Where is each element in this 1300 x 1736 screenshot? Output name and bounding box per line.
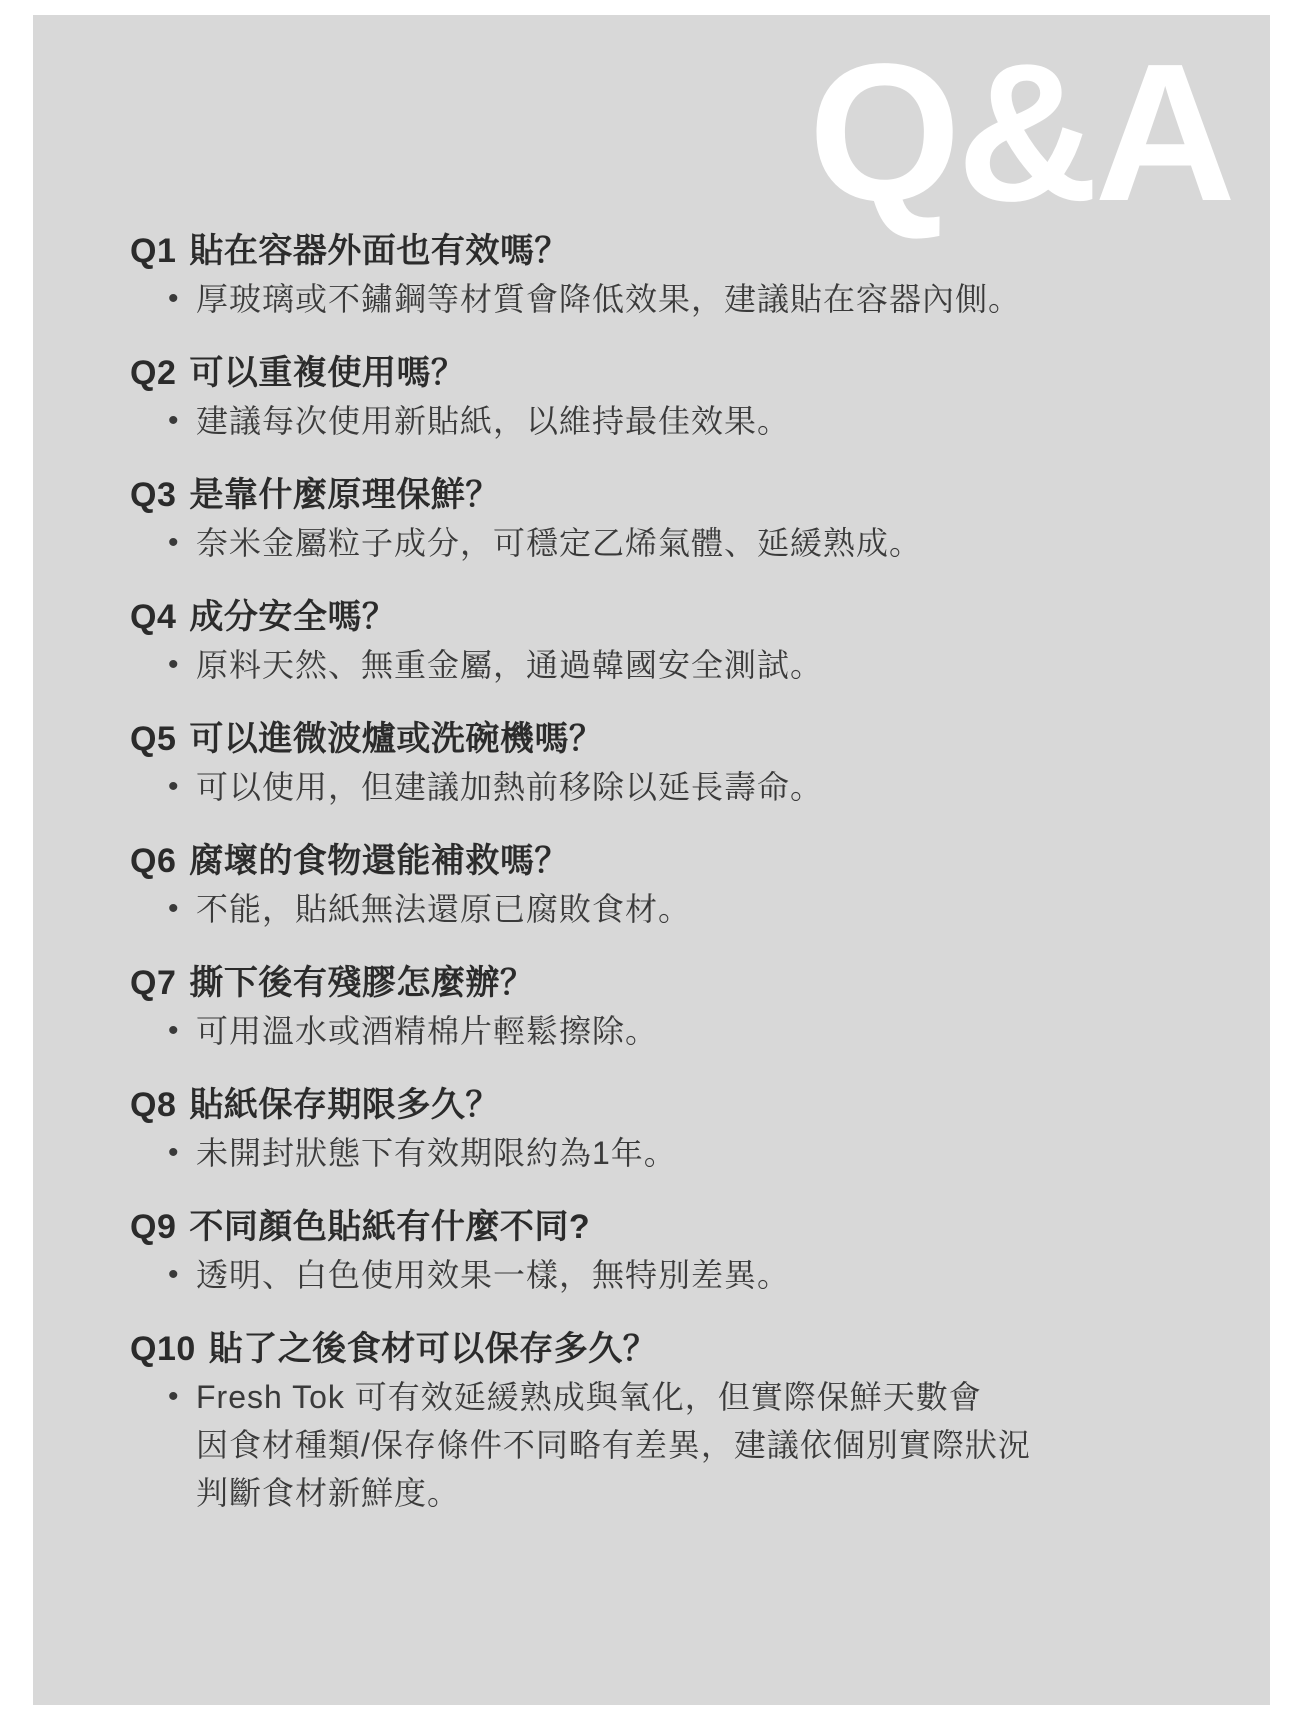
faq-question: Q1 貼在容器外面也有效嗎？ xyxy=(130,227,1210,275)
question-number: Q4 xyxy=(130,593,176,641)
question-text: 撕下後有殘膠怎麼辦？ xyxy=(189,959,534,1007)
faq-item-q4: Q4 成分安全嗎？ • 原料天然、無重金屬，通過韓國安全測試。 xyxy=(130,593,1210,689)
answer-line: 建議每次使用新貼紙，以維持最佳效果。 xyxy=(196,397,790,445)
faq-question: Q2 可以重複使用嗎？ xyxy=(130,349,1210,397)
bullet-icon: • xyxy=(168,641,196,689)
bullet-icon: • xyxy=(168,1251,196,1299)
answer-line: 因食材種類/保存條件不同略有差異，建議依個別實際狀況 xyxy=(196,1421,1031,1469)
question-text: 不同顏色貼紙有什麼不同? xyxy=(189,1203,590,1251)
bullet-icon: • xyxy=(168,885,196,933)
qa-logo: Q&A xyxy=(808,53,1232,213)
bullet-icon: • xyxy=(168,1373,196,1517)
question-number: Q3 xyxy=(130,471,176,519)
answer-line: 不能，貼紙無法還原已腐敗食材。 xyxy=(196,885,691,933)
faq-answer: • 未開封狀態下有效期限約為1年。 xyxy=(168,1129,1210,1177)
faq-question: Q10 貼了之後食材可以保存多久？ xyxy=(130,1325,1210,1373)
faq-question: Q9 不同顏色貼紙有什麼不同? xyxy=(130,1203,1210,1251)
faq-item-q6: Q6 腐壞的食物還能補救嗎？ • 不能，貼紙無法還原已腐敗食材。 xyxy=(130,837,1210,933)
bullet-icon: • xyxy=(168,519,196,567)
answer-line: 透明、白色使用效果一樣，無特別差異。 xyxy=(196,1251,790,1299)
faq-answer: • 原料天然、無重金屬，通過韓國安全測試。 xyxy=(168,641,1210,689)
bullet-icon: • xyxy=(168,1007,196,1055)
faq-panel: Q&A Q1 貼在容器外面也有效嗎？ • 厚玻璃或不鏽鋼等材質會降低效果，建議貼… xyxy=(33,15,1270,1705)
answer-line: Fresh Tok 可有效延緩熟成與氧化，但實際保鮮天數會 xyxy=(196,1373,1031,1421)
answer-line: 判斷食材新鮮度。 xyxy=(196,1469,1031,1517)
question-text: 貼在容器外面也有效嗎？ xyxy=(189,227,569,275)
bullet-icon: • xyxy=(168,1129,196,1177)
question-number: Q2 xyxy=(130,349,176,397)
faq-answer: • 不能，貼紙無法還原已腐敗食材。 xyxy=(168,885,1210,933)
faq-item-q10: Q10 貼了之後食材可以保存多久？ • Fresh Tok 可有效延緩熟成與氧化… xyxy=(130,1325,1210,1517)
question-text: 貼紙保存期限多久？ xyxy=(189,1081,500,1129)
faq-item-q9: Q9 不同顏色貼紙有什麼不同? • 透明、白色使用效果一樣，無特別差異。 xyxy=(130,1203,1210,1299)
faq-answer: • Fresh Tok 可有效延緩熟成與氧化，但實際保鮮天數會 因食材種類/保存… xyxy=(168,1373,1210,1517)
faq-question: Q4 成分安全嗎？ xyxy=(130,593,1210,641)
question-text: 可以進微波爐或洗碗機嗎？ xyxy=(189,715,603,763)
answer-line: 可用溫水或酒精棉片輕鬆擦除。 xyxy=(196,1007,658,1055)
question-number: Q9 xyxy=(130,1203,176,1251)
question-number: Q5 xyxy=(130,715,176,763)
faq-item-q8: Q8 貼紙保存期限多久？ • 未開封狀態下有效期限約為1年。 xyxy=(130,1081,1210,1177)
question-number: Q10 xyxy=(130,1325,196,1373)
question-text: 貼了之後食材可以保存多久？ xyxy=(209,1325,658,1373)
faq-list: Q1 貼在容器外面也有效嗎？ • 厚玻璃或不鏽鋼等材質會降低效果，建議貼在容器內… xyxy=(130,227,1210,1543)
faq-question: Q3 是靠什麼原理保鮮？ xyxy=(130,471,1210,519)
question-text: 可以重複使用嗎？ xyxy=(189,349,465,397)
question-number: Q6 xyxy=(130,837,176,885)
faq-question: Q7 撕下後有殘膠怎麼辦？ xyxy=(130,959,1210,1007)
faq-answer: • 可以使用，但建議加熱前移除以延長壽命。 xyxy=(168,763,1210,811)
faq-item-q3: Q3 是靠什麼原理保鮮？ • 奈米金屬粒子成分，可穩定乙烯氣體、延緩熟成。 xyxy=(130,471,1210,567)
faq-answer: • 可用溫水或酒精棉片輕鬆擦除。 xyxy=(168,1007,1210,1055)
faq-item-q5: Q5 可以進微波爐或洗碗機嗎？ • 可以使用，但建議加熱前移除以延長壽命。 xyxy=(130,715,1210,811)
bullet-icon: • xyxy=(168,275,196,323)
faq-question: Q8 貼紙保存期限多久？ xyxy=(130,1081,1210,1129)
question-text: 是靠什麼原理保鮮？ xyxy=(189,471,500,519)
bullet-icon: • xyxy=(168,763,196,811)
faq-answer: • 建議每次使用新貼紙，以維持最佳效果。 xyxy=(168,397,1210,445)
faq-item-q7: Q7 撕下後有殘膠怎麼辦？ • 可用溫水或酒精棉片輕鬆擦除。 xyxy=(130,959,1210,1055)
answer-line: 可以使用，但建議加熱前移除以延長壽命。 xyxy=(196,763,823,811)
faq-item-q1: Q1 貼在容器外面也有效嗎？ • 厚玻璃或不鏽鋼等材質會降低效果，建議貼在容器內… xyxy=(130,227,1210,323)
question-number: Q7 xyxy=(130,959,176,1007)
answer-line: 奈米金屬粒子成分，可穩定乙烯氣體、延緩熟成。 xyxy=(196,519,922,567)
faq-question: Q6 腐壞的食物還能補救嗎？ xyxy=(130,837,1210,885)
question-text: 腐壞的食物還能補救嗎？ xyxy=(189,837,569,885)
faq-item-q2: Q2 可以重複使用嗎？ • 建議每次使用新貼紙，以維持最佳效果。 xyxy=(130,349,1210,445)
faq-answer: • 透明、白色使用效果一樣，無特別差異。 xyxy=(168,1251,1210,1299)
page: Q&A Q1 貼在容器外面也有效嗎？ • 厚玻璃或不鏽鋼等材質會降低效果，建議貼… xyxy=(0,0,1300,1736)
faq-answer: • 厚玻璃或不鏽鋼等材質會降低效果，建議貼在容器內側。 xyxy=(168,275,1210,323)
answer-line: 原料天然、無重金屬，通過韓國安全測試。 xyxy=(196,641,823,689)
question-number: Q8 xyxy=(130,1081,176,1129)
question-number: Q1 xyxy=(130,227,176,275)
faq-answer: • 奈米金屬粒子成分，可穩定乙烯氣體、延緩熟成。 xyxy=(168,519,1210,567)
answer-line: 未開封狀態下有效期限約為1年。 xyxy=(196,1129,677,1177)
bullet-icon: • xyxy=(168,397,196,445)
question-text: 成分安全嗎？ xyxy=(189,593,396,641)
answer-line: 厚玻璃或不鏽鋼等材質會降低效果，建議貼在容器內側。 xyxy=(196,275,1021,323)
faq-question: Q5 可以進微波爐或洗碗機嗎？ xyxy=(130,715,1210,763)
